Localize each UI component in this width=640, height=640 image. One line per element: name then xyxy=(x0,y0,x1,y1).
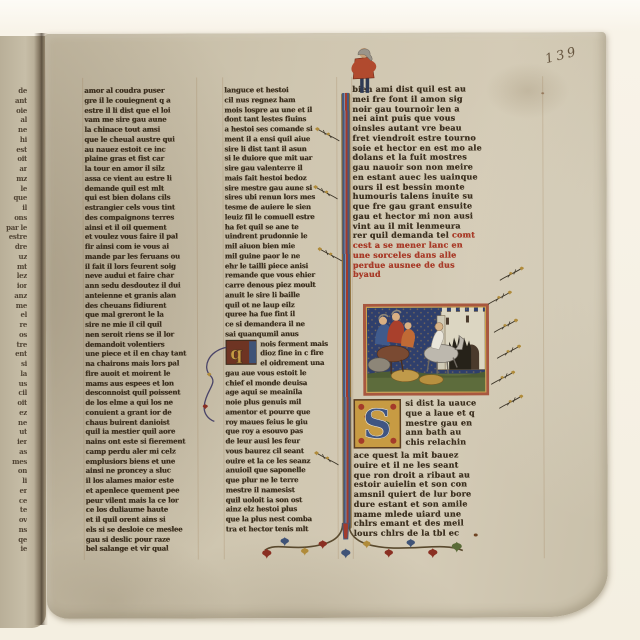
text-line: oit xyxy=(0,398,27,408)
text-line: mande par les feruans ou xyxy=(85,251,199,261)
text-line: ez xyxy=(0,408,27,418)
text-line: el oidrement una xyxy=(260,358,339,368)
text-line: plaine gras et fist car xyxy=(84,154,198,164)
text-line: mams aus espees et lon xyxy=(85,378,199,388)
text-line: il xyxy=(0,203,27,213)
text-line: sire ne mie il cil quil xyxy=(85,319,199,329)
text-line: as xyxy=(0,447,27,457)
manuscript-page: 139 amor al coudra pusergre il le couieg… xyxy=(45,32,608,619)
svg-text:q: q xyxy=(230,343,243,364)
text-line: chaus buirent danioist xyxy=(85,417,199,427)
text-line: estrangier cels vous tint xyxy=(85,202,199,212)
text-line: que le cheual austre qui xyxy=(84,134,198,144)
text-line: nains ont este si fierement xyxy=(85,436,199,446)
text-line: ar xyxy=(0,164,27,174)
text-column-right: bien ami dist quil est aumei fre font il… xyxy=(352,84,546,538)
text-line: ons xyxy=(0,213,27,223)
text-line: la tour en amor il silz xyxy=(84,163,198,173)
ivy-sprig xyxy=(495,342,521,362)
ivy-sprig xyxy=(492,316,518,336)
text-line: quree ha fue fint il xyxy=(225,309,339,319)
text-line: qui est bien dolans cils xyxy=(85,193,199,203)
text-line: ace quest la mit bauez xyxy=(353,450,545,460)
text-line: est xyxy=(0,145,27,155)
text-line: et apenlece quement pee xyxy=(86,485,200,495)
text-line: des cheuans fidiurent xyxy=(85,300,199,310)
text-line: os xyxy=(0,330,27,340)
ink-speck xyxy=(474,533,478,536)
text-line: que a laue et q xyxy=(405,408,545,418)
text-line: anz xyxy=(0,291,27,301)
text-line: quil ia mestier quil aore xyxy=(85,427,199,437)
text-line: ha fet quil se ane te xyxy=(225,221,339,231)
ink-speck xyxy=(541,92,544,94)
text-line: de xyxy=(0,86,27,96)
text-line: ainsi ne proncey a sluc xyxy=(85,466,199,476)
text-line: que mal greront le la xyxy=(85,310,199,320)
text-line: des compaignons terres xyxy=(85,212,199,222)
text-line: uindrent prudonnie le xyxy=(225,231,339,241)
text-line: bel salange et vir qual xyxy=(86,544,200,554)
text-line: mestre gau en xyxy=(405,418,545,428)
ivy-sprig xyxy=(315,125,341,145)
text-line: roy maues feius le giu xyxy=(225,416,339,426)
text-line: estre xyxy=(0,232,27,242)
ivy-sprig xyxy=(486,288,512,308)
text-line: dont tant lestes fiuins xyxy=(224,114,338,124)
text-line: ant xyxy=(0,96,27,106)
ivy-spray-bottom xyxy=(259,522,471,567)
text-line: ent xyxy=(0,349,27,359)
text-line: demande quil est mlt xyxy=(85,183,199,193)
text-line: ns xyxy=(0,525,27,535)
text-line: hi xyxy=(0,135,27,145)
ivy-sprig xyxy=(314,449,340,469)
decorated-bar-border xyxy=(341,93,352,529)
text-line: na chairons mais lors pal xyxy=(85,358,199,368)
grey-animal xyxy=(368,358,390,372)
text-line: languce et hestoi xyxy=(224,85,338,95)
text-line: lez xyxy=(0,271,27,281)
text-line: anteienne et granis alan xyxy=(85,290,199,300)
text-line: la xyxy=(0,369,27,379)
text-line: fir ainsi com ie vous ai xyxy=(85,241,199,251)
text-line: ann sedu desdoutez il dui xyxy=(85,280,199,290)
text-line: re xyxy=(0,320,27,330)
text-line: amentor et pourre que xyxy=(225,407,339,417)
text-line: leuiz fil le comuell estre xyxy=(225,212,339,222)
ivy-sprig xyxy=(498,264,524,284)
text-line: age aqui se meainila xyxy=(225,387,339,397)
text-line: carre denous piez moult xyxy=(225,280,339,290)
text-line: dre xyxy=(0,242,27,252)
text-line: et il quil orent ains si xyxy=(86,514,200,524)
ivy-sprig xyxy=(497,392,523,412)
illuminated-initial-s: S xyxy=(353,399,401,449)
text-line: camp perdu aler mi celz xyxy=(85,446,199,456)
champ-initial-row: q nois ferment maisdioz fine in c fireel… xyxy=(225,338,339,368)
text-line: ann bath au xyxy=(405,427,545,437)
text-line: ne xyxy=(0,125,27,135)
text-beside-initial: si dist la uauceque a laue et qmestre ga… xyxy=(405,398,545,448)
text-line: remande que vous ehier xyxy=(225,270,339,280)
text-line: ainz elz hestoi plus xyxy=(226,504,340,514)
text-line: neve audui et faire char xyxy=(85,271,199,281)
text-line: mestre il namesist xyxy=(226,485,340,495)
text-line: al xyxy=(0,115,27,125)
text-line: ov xyxy=(0,515,27,525)
text-line: dioz fine in c fire xyxy=(260,348,339,358)
text-line: el xyxy=(0,310,27,320)
text-line: ouire et il ne les seant xyxy=(353,460,545,470)
text-line: estoir auielin et son con xyxy=(354,479,546,489)
text-line: estre il li dist que el loi xyxy=(84,105,198,115)
text-line: gau aue vous estoit le xyxy=(225,368,339,378)
text-line: il los alames maior este xyxy=(86,475,200,485)
text-line: au nauez estoit ce inc xyxy=(84,144,198,154)
text-line: fire auoit et moirent le xyxy=(85,368,199,378)
text-line: que ron droit a ribaut au xyxy=(354,470,546,480)
text-line: oie xyxy=(0,106,27,116)
text-line: dure estant et son amile xyxy=(354,499,546,509)
ivy-sprig xyxy=(318,245,344,265)
text-line: us xyxy=(0,379,27,389)
text-line: sire gau valenterre il xyxy=(224,163,338,173)
text-line: par le xyxy=(0,223,27,233)
text-line: noie plus genuis mil xyxy=(225,397,339,407)
text-line: demandoit volentiers xyxy=(85,339,199,349)
text-line: et voulez vous faire il pal xyxy=(85,232,199,242)
text-line: nen seroit riens se il lor xyxy=(85,329,199,339)
ivy-sprig xyxy=(314,183,340,203)
text-line: ce xyxy=(0,496,27,506)
text-line: tre xyxy=(0,340,27,350)
text-line: ie xyxy=(0,544,27,554)
text-line: de los elme a qui los ne xyxy=(85,397,199,407)
text-line: anuit le sire li baille xyxy=(225,290,339,300)
text-beside-champ-initial: nois ferment maisdioz fine in c fireel o… xyxy=(260,338,339,368)
text-line: sai quanqumil anus xyxy=(225,329,339,339)
text-line: chief el monde deuisa xyxy=(225,377,339,387)
text-line: mois lospre au une et il xyxy=(224,104,338,114)
text-line: si le duiore que mit uar xyxy=(224,153,338,163)
text-line: gre il le couiegnent q a xyxy=(84,95,198,105)
text-line: si xyxy=(0,359,27,369)
text-line: cil nus regnez ham xyxy=(224,95,338,105)
text-line: cil xyxy=(0,388,27,398)
champ-initial: q xyxy=(225,339,257,365)
rubric-lead-black: rer quil demanda tel xyxy=(353,231,449,241)
text-line: que xyxy=(0,193,27,203)
text-line: conuient a grant ior de xyxy=(85,407,199,417)
text-line: amor al coudra puser xyxy=(84,85,198,95)
svg-text:S: S xyxy=(363,401,392,448)
text-line: quil ot ne laup eilz xyxy=(225,299,339,309)
text-line: uz xyxy=(0,252,27,262)
miniature-riders-before-castle xyxy=(363,303,489,395)
text-line: ier xyxy=(0,437,27,447)
facing-page-text-fragments: deantoiealnehiestoitarmzlequeilonspar le… xyxy=(0,86,27,554)
text-line: ut xyxy=(0,427,27,437)
text-line: ne xyxy=(0,418,27,428)
ivy-sprig xyxy=(489,368,515,388)
text-line: er xyxy=(0,486,27,496)
text-line: mes xyxy=(0,457,27,467)
text-line: qe xyxy=(0,535,27,545)
text-line: tesme de auiere le sien xyxy=(225,202,339,212)
text-line: si dist la uauce xyxy=(405,398,545,408)
text-line: mz xyxy=(0,174,27,184)
text-line: peur vilent mais la ce lor xyxy=(86,495,200,505)
text-line: els si se desloie ce meslee xyxy=(86,524,200,534)
text-line: assa ce vient au estre li xyxy=(84,173,198,183)
text-line: me xyxy=(0,301,27,311)
text-line: te xyxy=(0,505,27,515)
text-line: ce si demandera il ne xyxy=(225,319,339,329)
drollery-hooded-man xyxy=(345,45,383,97)
text-line: on xyxy=(0,466,27,476)
text-line: quil uoloit ia son ost xyxy=(226,494,340,504)
text-line: desconnoist quil poissent xyxy=(85,388,199,398)
text-line: une piece et il en chay tant xyxy=(85,349,199,359)
column-right-upper-text: bien ami dist quil est aumei fre font il… xyxy=(352,84,545,231)
text-line: mais fait hestoi bedoz xyxy=(224,173,338,183)
text-line: mame mlede uiard une xyxy=(354,509,546,519)
text-line: le xyxy=(0,184,27,194)
text-line: ior xyxy=(0,281,27,291)
text-line: ce los duliaume haute xyxy=(86,505,200,515)
text-line: de leur ausi les feur xyxy=(225,436,339,446)
rubric-lead-red: comt xyxy=(452,231,475,241)
text-line: vam me sire gau aune xyxy=(84,115,198,125)
text-column-left: amor al coudra pusergre il le couiegnent… xyxy=(84,85,200,553)
text-line: oit xyxy=(0,154,27,164)
column-middle-upper-text: languce et hestoicil nus regnez hammois … xyxy=(224,85,339,339)
initial-flourish xyxy=(198,341,228,425)
photo-backdrop: deantoiealnehiestoitarmzlequeilonspar le… xyxy=(0,0,640,640)
text-line: nois ferment mais xyxy=(260,338,339,348)
text-line: la chinace tout amsi xyxy=(84,124,198,134)
text-line: il fait il lors feurent soig xyxy=(85,261,199,271)
text-line: gau si deslic pour raze xyxy=(86,534,200,544)
text-line: mt xyxy=(0,262,27,272)
text-line: que plur ne le terre xyxy=(226,475,340,485)
text-line: ainsi et il oil quement xyxy=(85,222,199,232)
text-line: emplusiors biens et une xyxy=(85,456,199,466)
text-line: que roy a esouvo pas xyxy=(225,426,339,436)
text-line: amsnil quiert de lur bore xyxy=(354,489,546,499)
text-line: chis relachin xyxy=(405,437,545,447)
text-line: li xyxy=(0,476,27,486)
folio-number: 139 xyxy=(544,44,580,67)
